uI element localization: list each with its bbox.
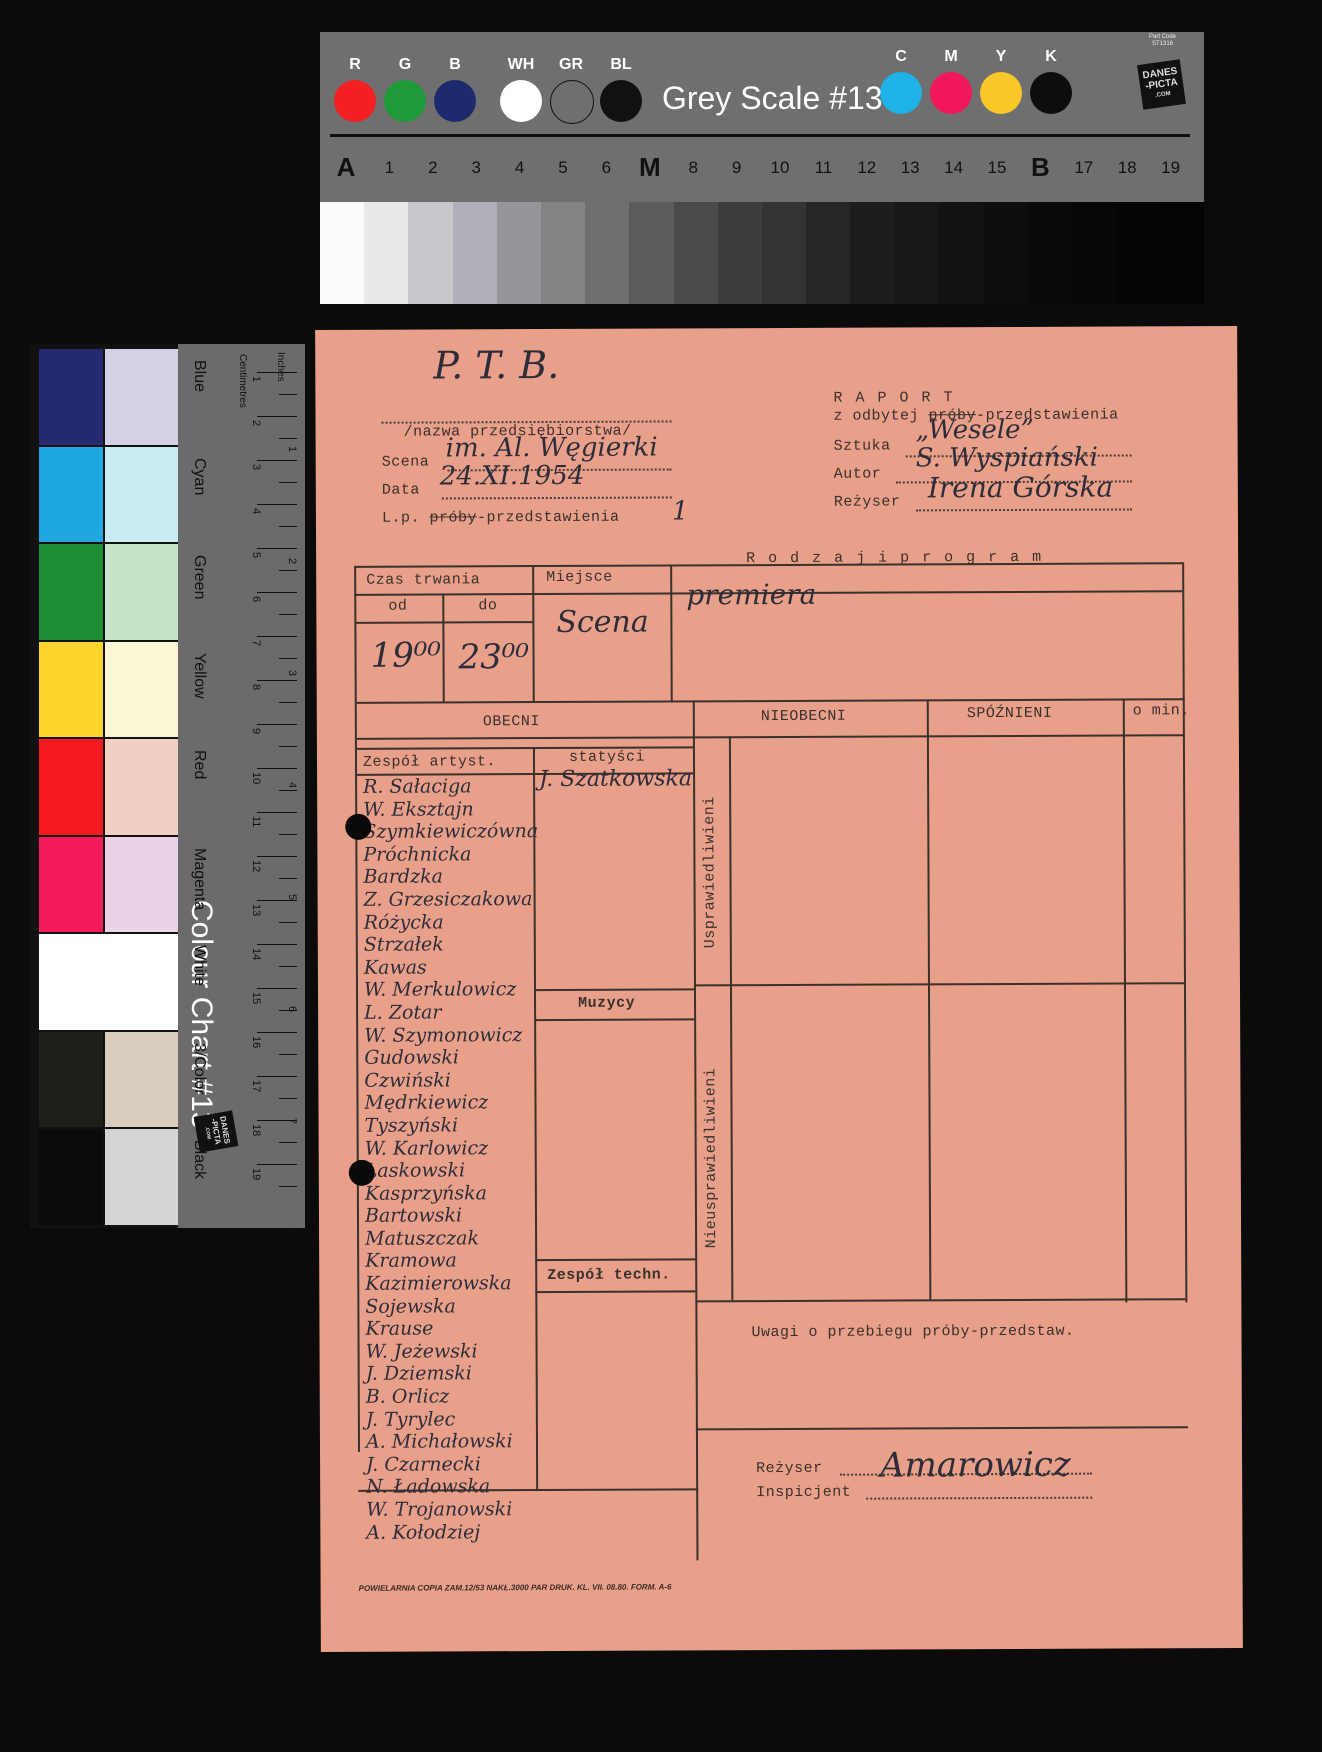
rule: [1123, 698, 1128, 1302]
part-code-label: Part Code: [1149, 34, 1176, 41]
ruler-cm-number: 6: [250, 596, 262, 602]
ruler-tick: [279, 746, 297, 747]
patch-3-color-dark: [38, 1031, 104, 1129]
colour-chart-card: Inches Centimetres Colour Chart #13 1234…: [30, 344, 305, 1228]
grey-step: [497, 202, 541, 304]
scena-label: Scena: [382, 454, 430, 471]
sign-rezyser-label: Reżyser: [756, 1460, 823, 1477]
patch-yellow-dark: [38, 641, 104, 739]
patch-white: [38, 933, 180, 1031]
ruler-tick: [257, 680, 297, 681]
ruler-cm-number: 19: [250, 1168, 262, 1180]
scale-label: 6: [588, 158, 624, 178]
scale-label: 10: [762, 158, 798, 178]
color-dot-c: [880, 72, 922, 114]
ruler-tick: [257, 812, 297, 813]
cast-member: J. Tyrylec: [366, 1408, 541, 1431]
patch-green-light: [104, 543, 180, 641]
zespol-techn-label: Zespół techn.: [547, 1266, 671, 1284]
scale-label: 8: [675, 158, 711, 178]
scale-label: M: [632, 152, 668, 183]
ruler-inch-number: 4: [286, 782, 298, 788]
scale-label: 13: [892, 158, 928, 178]
do-label: do: [478, 597, 497, 614]
color-dot-b: [434, 80, 476, 122]
patch-black-dark: [38, 1128, 104, 1226]
grey-step: [762, 202, 806, 304]
scale-label: A: [328, 152, 364, 183]
ruler-tick: [279, 1098, 297, 1099]
scale-label: 17: [1066, 158, 1102, 178]
color-dot-g: [384, 80, 426, 122]
statysci-label: statyści: [569, 749, 645, 766]
ruler-cm-number: 4: [250, 508, 262, 514]
dotted-line: [916, 508, 1132, 511]
rezyser-value: Irena Górska: [928, 471, 1113, 505]
part-code-value: ST1316: [1149, 41, 1176, 48]
signature: Amarowicz: [880, 1445, 1071, 1486]
ruler-tick: [257, 636, 297, 637]
patch-label: Blue: [190, 360, 208, 392]
grey-step: [895, 202, 939, 304]
ruler-cm-number: 18: [250, 1124, 262, 1136]
rule: [927, 699, 932, 1299]
ruler-tick: [279, 702, 297, 703]
ruler-tick: [279, 658, 297, 659]
obecni-label: OBECNI: [483, 713, 540, 730]
ruler-cm-number: 16: [250, 1036, 262, 1048]
grey-step: [453, 202, 497, 304]
scale-label: 4: [502, 158, 538, 178]
ruler-tick: [279, 570, 297, 571]
ruler-tick: [279, 438, 297, 439]
color-dot-gr: [550, 80, 594, 124]
ruler-cm-number: 12: [250, 860, 262, 872]
patch-cyan-light: [104, 446, 180, 544]
grey-step: [850, 202, 894, 304]
cast-member: Krause: [365, 1317, 540, 1340]
scale-label: 5: [545, 158, 581, 178]
cast-member: B. Orlicz: [366, 1385, 541, 1408]
cast-member: Kramowa: [365, 1250, 540, 1273]
scena-value: im. Al. Węgierki: [446, 433, 658, 464]
ruler-inch-number: 2: [286, 558, 298, 564]
cast-member: J. Dziemski: [366, 1362, 541, 1385]
danes-picta-logo: DANES -PICTA .COM: [194, 1110, 239, 1152]
ruler-tick: [279, 1186, 297, 1187]
patch-magenta-dark: [38, 836, 104, 934]
danes-picta-logo: DANES -PICTA .COM: [1137, 59, 1186, 110]
grey-step: [983, 202, 1027, 304]
dot-label-b: B: [433, 56, 477, 74]
patch-label: White: [190, 945, 208, 986]
grey-step: [364, 202, 408, 304]
patch-label: Magenta: [190, 848, 208, 910]
ruler-cm-number: 10: [250, 772, 262, 784]
divider: [330, 134, 1190, 137]
patch-label: 3/Color: [190, 1043, 208, 1095]
cast-member: A. Kołodziej: [366, 1521, 541, 1544]
punch-hole: [349, 1160, 375, 1186]
patch-label: Yellow: [190, 653, 208, 699]
ruler-cm-number: 13: [250, 904, 262, 916]
cast-member: Bardzka: [363, 865, 538, 888]
grey-step: [1160, 202, 1204, 304]
grey-step: [320, 202, 364, 304]
cast-member: Laskowski: [365, 1159, 540, 1182]
scale-label: 15: [979, 158, 1015, 178]
ruler-cm-number: 17: [250, 1080, 262, 1092]
ruler-cm-number: 9: [250, 728, 262, 734]
company-handwritten: P. T. B.: [433, 343, 559, 388]
cast-member: W. Trojanowski: [366, 1498, 541, 1521]
color-dot-bl: [600, 80, 642, 122]
punch-hole: [345, 814, 371, 840]
patch-red-dark: [38, 738, 104, 836]
ruler-tick: [279, 482, 297, 483]
scale-label: 11: [805, 158, 841, 178]
scale-label: 18: [1109, 158, 1145, 178]
ruler-tick: [257, 1164, 297, 1165]
spoznieni-label: SPÓŹNIENI: [967, 705, 1053, 722]
patch-red-light: [104, 738, 180, 836]
scale-label: 9: [719, 158, 755, 178]
ruler-tick: [279, 1054, 297, 1055]
data-label: Data: [382, 482, 420, 499]
color-dot-m: [930, 72, 972, 114]
cast-member: Strzałek: [364, 933, 539, 956]
cast-member: R. Sałaciga: [363, 775, 538, 798]
cast-member: Kawas: [364, 956, 539, 979]
grey-step: [806, 202, 850, 304]
rodzaj-value: premiera: [686, 578, 816, 612]
ruler-tick: [257, 1032, 297, 1033]
ruler-tick: [279, 966, 297, 967]
ruler-tick: [279, 526, 297, 527]
cast-member: A. Michałowski: [366, 1430, 541, 1453]
ruler-cm-number: 8: [250, 684, 262, 690]
ruler: Inches Centimetres Colour Chart #13 1234…: [178, 344, 305, 1228]
grey-step: [629, 202, 673, 304]
ruler-inch-number: 8: [286, 1230, 298, 1236]
cast-member: Kasprzyńska: [365, 1182, 540, 1205]
patch-yellow-light: [104, 641, 180, 739]
ruler-tick: [257, 856, 297, 857]
dot-label-r: R: [333, 56, 377, 74]
miejsce-value: Scena: [556, 605, 648, 640]
printer-imprint: POWIELARNIA COPIA ZAM.12/53 NAKŁ.3000 PA…: [359, 1582, 672, 1592]
sztuka-value: „Wesele”: [915, 415, 1033, 446]
do-value: 23⁰⁰: [458, 637, 529, 677]
cast-member: W. Merkulowicz: [364, 978, 539, 1001]
patch-green-dark: [38, 543, 104, 641]
part-code: Part Code ST1316: [1149, 34, 1176, 48]
cast-member: Różycka: [364, 911, 539, 934]
scale-label: 1: [371, 158, 407, 178]
ruler-tick: [257, 944, 297, 945]
centimetres-label: Centimetres: [237, 354, 248, 408]
cast-member: Mędrkiewicz: [364, 1091, 539, 1114]
ruler-tick: [257, 548, 297, 549]
cast-member: Sojewska: [365, 1295, 540, 1318]
patch-blue-light: [104, 348, 180, 446]
miejsce-label: Miejsce: [546, 569, 613, 586]
ruler-tick: [257, 460, 297, 461]
ruler-cm-number: 5: [250, 552, 262, 558]
rule: [534, 988, 694, 991]
rodzaj-program-label: R o d z a j i p r o g r a m: [746, 549, 1043, 567]
cast-member: Matuszczak: [365, 1227, 540, 1250]
cast-member: L. Zotar: [364, 1001, 539, 1024]
patch-magenta-light: [104, 836, 180, 934]
inches-label: Inches: [275, 352, 286, 381]
od-value: 19⁰⁰: [370, 635, 441, 675]
dotted-line: [866, 1497, 1092, 1500]
cast-member: Gudowski: [364, 1046, 539, 1069]
sztuka-label: Sztuka: [834, 438, 891, 455]
dot-label-g: G: [383, 56, 427, 74]
cast-list: R. SałacigaW. EksztajnSzymkiewiczównaPró…: [363, 775, 541, 1544]
cast-member: Bartowski: [365, 1204, 540, 1227]
ruler-inch-number: 1: [286, 446, 298, 452]
dot-label-c: C: [879, 48, 923, 66]
ruler-tick: [257, 724, 297, 725]
ruler-inch-number: 6: [286, 1006, 298, 1012]
color-dot-r: [334, 80, 376, 122]
color-dot-y: [980, 72, 1022, 114]
color-dot-wh: [500, 80, 542, 122]
autor-label: Autor: [834, 466, 882, 483]
ruler-cm-number: 2: [250, 420, 262, 426]
lp-value: 1: [672, 496, 689, 526]
color-dot-k: [1030, 72, 1072, 114]
ruler-tick: [279, 878, 297, 879]
report-form: P. T. B. /nazwa przedsiębiorstwa/ Scena …: [315, 326, 1243, 1652]
grey-step: [1116, 202, 1160, 304]
cast-member: Szymkiewiczówna: [363, 820, 538, 843]
data-value: 24.XI.1954: [440, 461, 585, 492]
cast-member: N. Ładowska: [366, 1475, 541, 1498]
rule: [695, 1298, 1185, 1302]
ruler-tick: [279, 614, 297, 615]
ruler-tick: [257, 988, 297, 989]
patch-label: Green: [190, 555, 208, 599]
ruler-cm-number: 3: [250, 464, 262, 470]
rezyser-label: Reżyser: [834, 493, 901, 510]
muzycy-label: Muzycy: [578, 995, 635, 1012]
ruler-tick: [279, 394, 297, 395]
grey-step-wedge: [320, 202, 1204, 304]
patch-label: Red: [190, 750, 208, 779]
grey-step: [674, 202, 718, 304]
scale-label: B: [1022, 152, 1058, 183]
ruler-cm-number: 14: [250, 948, 262, 960]
dot-label-k: K: [1029, 48, 1073, 66]
ruler-cm-number: 15: [250, 992, 262, 1004]
ruler-tick: [257, 372, 297, 373]
patch-3-color-light: [104, 1031, 180, 1129]
raport-title: R A P O R T: [833, 389, 954, 407]
ruler-inch-number: 5: [286, 894, 298, 900]
rule: [357, 734, 1185, 740]
cast-member: W. Eksztajn: [363, 798, 538, 821]
ruler-tick: [279, 922, 297, 923]
ruler-cm-number: 11: [250, 816, 262, 827]
rule: [442, 593, 444, 701]
uwagi-label: Uwagi o przebiegu próby-przedstaw.: [751, 1323, 1074, 1341]
dot-label-wh: WH: [499, 56, 543, 74]
ruler-tick: [279, 834, 297, 835]
cast-member: J. Czarnecki: [366, 1453, 541, 1476]
ruler-cm-number: 1: [250, 376, 262, 382]
od-label: od: [388, 598, 407, 615]
grey-step: [585, 202, 629, 304]
grey-step: [1071, 202, 1115, 304]
ruler-tick: [257, 592, 297, 593]
cast-member: Z. Grzesiczakowa: [364, 888, 539, 911]
scale-label: 2: [415, 158, 451, 178]
dot-label-gr: GR: [549, 56, 593, 74]
ruler-tick: [279, 790, 297, 791]
grey-step: [718, 202, 762, 304]
o-min-label: o min.: [1133, 702, 1190, 719]
ruler-tick: [257, 768, 297, 769]
rule: [694, 982, 1184, 986]
rule: [532, 565, 535, 701]
rule: [1182, 562, 1187, 1302]
ruler-tick: [257, 1076, 297, 1077]
ruler-cm-number: 7: [250, 640, 262, 646]
cast-member: Czwiński: [364, 1069, 539, 1092]
dot-label-y: Y: [979, 48, 1023, 66]
dot-label-bl: BL: [599, 56, 643, 74]
rule: [693, 700, 699, 1560]
patch-blue-dark: [38, 348, 104, 446]
nieusprawiedliwieni-label: Nieusprawiedliwieni: [702, 1068, 720, 1249]
scale-label: 14: [936, 158, 972, 178]
zespol-artyst-label: Zespół artyst.: [363, 753, 496, 771]
sign-inspicjent-label: Inspicjent: [756, 1484, 851, 1501]
cast-member: W. Karlowicz: [365, 1137, 540, 1160]
statysci-value: J. Szatkowska: [539, 766, 692, 792]
rule: [354, 566, 360, 1452]
cast-member: W. Jeżewski: [366, 1340, 541, 1363]
autor-value: S. Wyspiański: [916, 443, 1098, 474]
dotted-line: [442, 496, 672, 499]
patch-black-light: [104, 1128, 180, 1226]
scale-label: 19: [1153, 158, 1189, 178]
ruler-tick: [257, 504, 297, 505]
lp-label: L.p. próby-przedstawienia: [382, 509, 620, 527]
grey-scale-card: Part Code ST1316 RGBWHGRBLCMYK Grey Scal…: [320, 32, 1204, 304]
rule: [357, 698, 1185, 704]
ruler-tick: [257, 416, 297, 417]
patch-label: Cyan: [190, 458, 208, 495]
rule: [534, 1018, 694, 1021]
scale-label: 12: [849, 158, 885, 178]
cast-member: W. Szymonowicz: [364, 1024, 539, 1047]
rule: [670, 564, 673, 700]
rule: [535, 1258, 695, 1261]
grey-step: [541, 202, 585, 304]
nieobecni-label: NIEOBECNI: [761, 708, 847, 725]
ruler-tick: [279, 1142, 297, 1143]
cast-member: Kazimierowska: [365, 1272, 540, 1295]
ruler-inch-number: 7: [286, 1118, 298, 1124]
grey-step: [939, 202, 983, 304]
ruler-tick: [257, 900, 297, 901]
patch-cyan-dark: [38, 446, 104, 544]
rule: [696, 1426, 1188, 1430]
dot-label-m: M: [929, 48, 973, 66]
grey-step: [1027, 202, 1071, 304]
grey-scale-title: Grey Scale #13: [662, 80, 883, 117]
usprawiedliwieni-label: Usprawiedliwieni: [701, 796, 719, 948]
grey-step: [408, 202, 452, 304]
czas-trwania-label: Czas trwania: [366, 571, 480, 588]
rule: [729, 736, 733, 1300]
cast-member: Próchnicka: [363, 843, 538, 866]
rule: [535, 1290, 695, 1293]
cast-member: Tyszyński: [365, 1114, 540, 1137]
ruler-inch-number: 3: [286, 670, 298, 676]
scale-label: 3: [458, 158, 494, 178]
